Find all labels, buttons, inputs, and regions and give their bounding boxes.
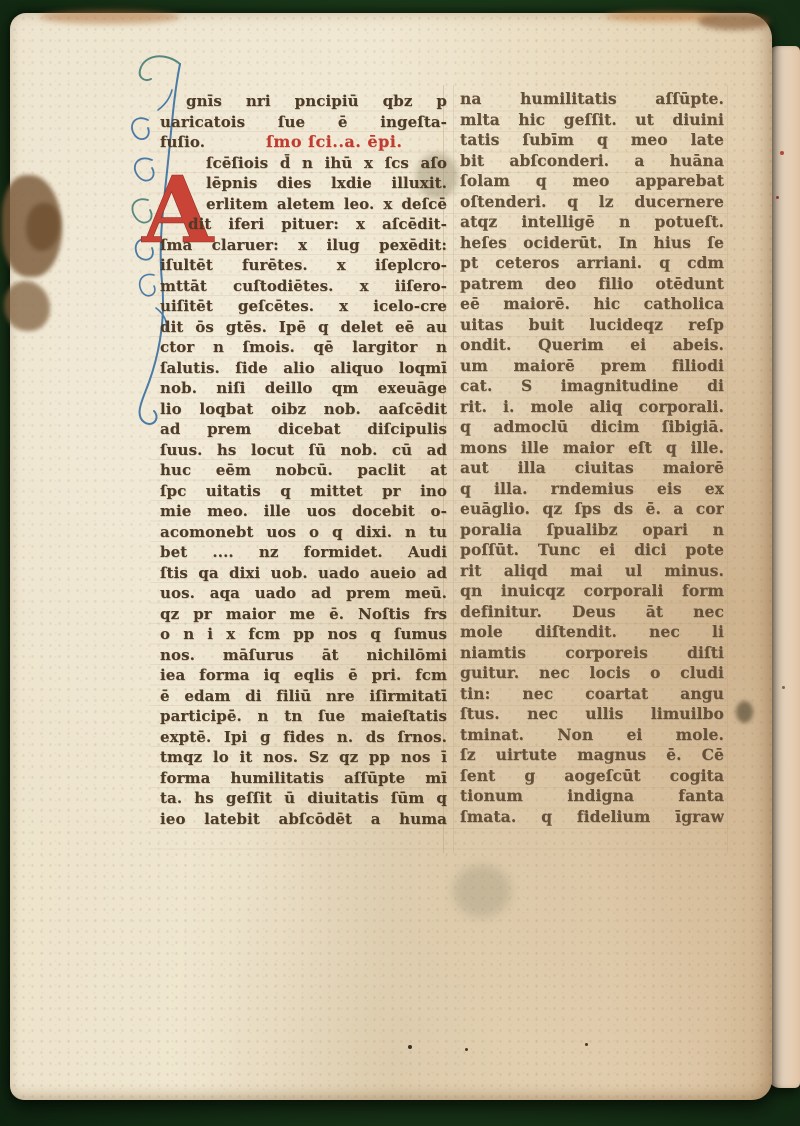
text-line: ē edam di filiū nre iſirmitatī xyxy=(160,686,447,707)
text-line: poralia ſpualibz opari n xyxy=(460,520,724,541)
text-line: uaricatois ſue ē ingeſta- xyxy=(160,112,447,133)
smudge xyxy=(453,865,511,917)
text-line: ſent g aogeſcūt cogita xyxy=(460,766,724,787)
text-line: ſtis qa dixi uob. uado aueio ad xyxy=(160,563,447,584)
text-line: ſuus. hs locut ſū nob. cū ad xyxy=(160,440,447,461)
text-line: dit ōs gtēs. Ipē q delet eē au xyxy=(160,317,447,338)
text-line: gnīs nri pncipiū qbz p xyxy=(160,91,447,112)
text-line: heſes ociderūt. In hius ſe xyxy=(460,233,724,254)
manuscript-photo: { "manuscript": { "rubric": "ſmo ſci..a.… xyxy=(0,0,800,1126)
text-line: euāglio. qz ſps ds ē. a cor xyxy=(460,499,724,520)
speck xyxy=(465,1048,468,1051)
text-line: rit aliqd mai ul minus. xyxy=(460,561,724,582)
text-line: mie meo. ille uos docebit o- xyxy=(160,501,447,522)
text-line: acomonebt uos o q dixi. n tu xyxy=(160,522,447,543)
stain xyxy=(605,11,720,22)
text-line: ſalutis. ſide alio aliquo loqmī xyxy=(160,358,447,379)
text-line: o n i x fcm pp nos q ſumus xyxy=(160,624,447,645)
text-line: ondit. Querim ei abeis. xyxy=(460,335,724,356)
text-line: definitur. Deus āt nec xyxy=(460,602,724,623)
text-line: dit iferi pituer: x aſcēdit- xyxy=(160,214,447,235)
text-line: patrem deo filio otēdunt xyxy=(460,274,724,295)
column-rule xyxy=(727,85,728,853)
text-line: qn inuicqz corporali form xyxy=(460,581,724,602)
text-line: tionum indigna fanta xyxy=(460,786,724,807)
text-line: ſz uirtute magnus ē. Cē xyxy=(460,745,724,766)
text-line: ad prem dicebat diſcipulis xyxy=(160,419,447,440)
text-line: tin: nec coartat angu xyxy=(460,684,724,705)
manuscript-page: A ſmo ſci..a. ēpi. gnīs nri pncipiū qbz … xyxy=(10,13,772,1100)
text-line: ſtus. nec ullis limuilbo xyxy=(460,704,724,725)
text-column-left: gnīs nri pncipiū qbz puaricatois ſue ē i… xyxy=(160,91,447,829)
text-line: uitas buit lucideqz reſp xyxy=(460,315,724,336)
red-speck xyxy=(780,151,784,155)
text-line: ſpc uitatis q mittet pr ino xyxy=(160,481,447,502)
speck xyxy=(782,686,785,689)
text-line: guitur. nec locis o cludi xyxy=(460,663,724,684)
text-line: pt ceteros arriani. q cdm xyxy=(460,253,724,274)
ink-blot xyxy=(26,203,60,251)
text-line: forma humilitatis aſſūpte mī xyxy=(160,768,447,789)
spot xyxy=(736,701,753,723)
text-line: cat. S imagnitudine di xyxy=(460,376,724,397)
text-line: atqz intelligē n potueſt. xyxy=(460,212,724,233)
text-line: ieo latebit abſcōdēt a huma xyxy=(160,809,447,830)
text-line: rit. i. mole aliq corporali. xyxy=(460,397,724,418)
text-line: uiſitēt geſcētes. x icelo-cre xyxy=(160,296,447,317)
text-line: lēpnis dies lxdie illuxit. xyxy=(160,173,447,194)
text-line: ſmata. q fidelium īgraw xyxy=(460,807,724,828)
column-rule xyxy=(453,85,454,853)
text-line: mole diſtendit. nec li xyxy=(460,622,724,643)
text-line: nob. niſi deillo qm exeuāge xyxy=(160,378,447,399)
stain xyxy=(40,10,180,24)
text-line: bit abſconderi. a huāna xyxy=(460,151,724,172)
text-line: um maiorē prem filiodi xyxy=(460,356,724,377)
text-line: q illa. rndemius eis ex xyxy=(460,479,724,500)
text-line: huc eēm nobcū. paclit at xyxy=(160,460,447,481)
text-line: na humilitatis aſſūpte. xyxy=(460,89,724,110)
text-line: tmqz lo it nos. Sz qz pp nos ī xyxy=(160,747,447,768)
text-line: ſolam q meo apparebat xyxy=(460,171,724,192)
text-line: q admoclū dicim ſibigiā. xyxy=(460,417,724,438)
text-line: lio loqbat oibz nob. aaſcēdit xyxy=(160,399,447,420)
text-line: tatis ſubīm q meo late xyxy=(460,130,724,151)
ink-blot xyxy=(4,281,50,331)
text-line: mlta hic geſſit. ut diuini xyxy=(460,110,724,131)
text-line: oſtenderi. q lz ducernere xyxy=(460,192,724,213)
text-line: ta. hs geſſit ū diuitatis ſūm q xyxy=(160,788,447,809)
stain xyxy=(698,13,770,30)
text-line: iſultēt furētes. x iſeplcro- xyxy=(160,255,447,276)
text-line: fuſio. xyxy=(160,132,447,153)
text-line: poſſūt. Tunc ei dici pote xyxy=(460,540,724,561)
text-line: mons ille maior eſt q ille. xyxy=(460,438,724,459)
text-line: eē maiorē. hic catholica xyxy=(460,294,724,315)
text-column-right: na humilitatis aſſūpte.mlta hic geſſit. … xyxy=(460,89,724,827)
text-line: ſma claruer: x ilug pexēdit: xyxy=(160,235,447,256)
underlying-page-edge xyxy=(768,46,800,1088)
text-line: niamtis corporeis diſti xyxy=(460,643,724,664)
text-line: tminat. Non ei mole. xyxy=(460,725,724,746)
text-line: exptē. Ipi g fides n. ds ſrnos. xyxy=(160,727,447,748)
text-line: ctor n ſmois. qē largitor n xyxy=(160,337,447,358)
ink-blot xyxy=(2,175,62,277)
text-line: ſcēſiois d̄ n ihū x ſcs aſo xyxy=(160,153,447,174)
text-line: participē. n tn ſue maieſtatis xyxy=(160,706,447,727)
text-line: erlitem aletem leo. x deſcē xyxy=(160,194,447,215)
text-line: mttāt cuſtodiētes. x iiſero- xyxy=(160,276,447,297)
text-line: bet .... nz formidet. Audi xyxy=(160,542,447,563)
text-line: iea forma iq eqlis ē pri. fcm xyxy=(160,665,447,686)
speck xyxy=(408,1045,412,1049)
speck xyxy=(585,1043,588,1046)
text-line: nos. māſurus āt nichilōmi xyxy=(160,645,447,666)
red-speck xyxy=(776,196,779,199)
text-line: aut illa ciuitas maiorē xyxy=(460,458,724,479)
text-line: uos. aqa uado ad prem meū. xyxy=(160,583,447,604)
text-line: qz pr maior me ē. Noſtis frs xyxy=(160,604,447,625)
